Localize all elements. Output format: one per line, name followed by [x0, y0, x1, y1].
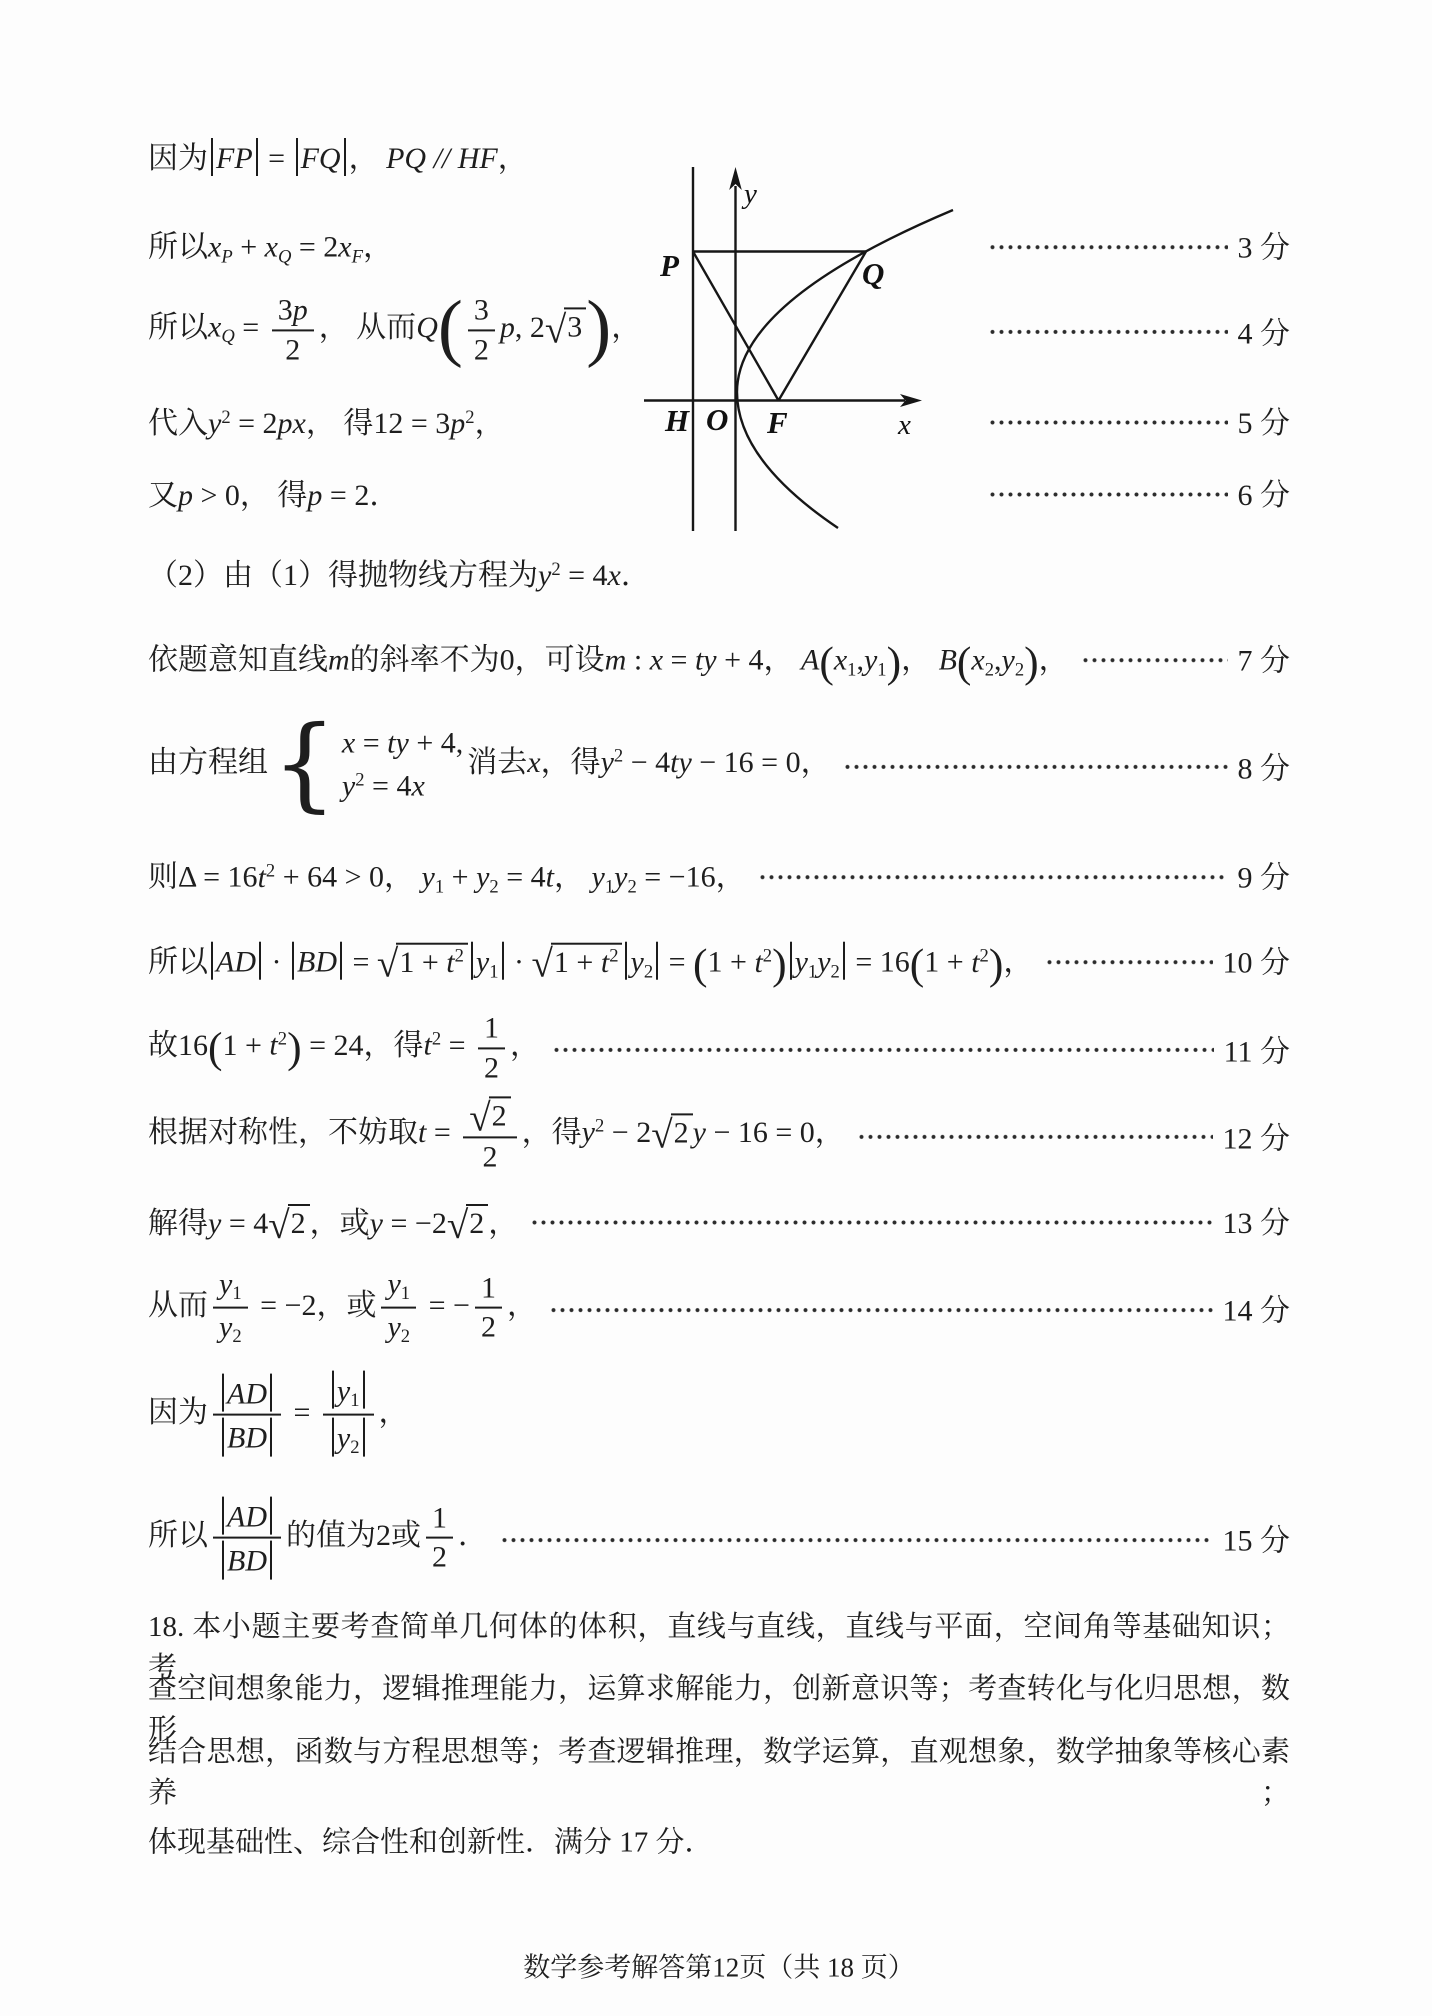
dotted-leader	[843, 764, 1228, 771]
solution-line-16: 所以ADBD的值为2或12．15 分	[148, 1497, 1290, 1580]
math-sub: x2	[971, 644, 994, 682]
math-radical: √2	[469, 1096, 510, 1134]
dotted-leader	[500, 1537, 1213, 1544]
score-label: 12 分	[1223, 1113, 1291, 1157]
math-sub: y1	[591, 861, 614, 899]
dotted-leader	[530, 1219, 1212, 1226]
dotted-leader	[988, 419, 1228, 426]
math-sub: y1	[219, 1268, 242, 1305]
solution-line-11: 故16(1 + t2) = 24，得t2 = 12，11 分	[148, 1011, 1290, 1084]
math-sub: xF	[338, 231, 363, 269]
dotted-leader	[758, 873, 1228, 880]
math-abs: AD	[219, 1497, 275, 1535]
math-sub: xQ	[265, 231, 292, 269]
math-fraction: √22	[463, 1096, 516, 1173]
solution-line-3: 所以xQ = 3p2， 从而Q(32p, 2√3)，4 分	[148, 293, 1290, 366]
solution-line-6: （2）由（1）得抛物线方程为y2 = 4x．	[148, 550, 1290, 594]
score-label: 5 分	[1238, 398, 1291, 442]
dotted-leader	[988, 491, 1228, 498]
solution-line-4: 代入y2 = 2px， 得12 = 3p2，5 分	[148, 398, 1290, 442]
dotted-leader	[549, 1307, 1213, 1314]
math-radical: √2	[651, 1113, 692, 1151]
math-sub: y2	[337, 1422, 360, 1459]
math-sup: t2	[423, 1029, 441, 1063]
y-axis-label: y	[741, 178, 757, 210]
math-abs: FP	[208, 138, 261, 176]
score-label: 10 分	[1223, 938, 1291, 982]
equation-system: {x = ty + 4,y2 = 4x	[272, 726, 463, 803]
score-label: 8 分	[1238, 743, 1291, 787]
solution-line-1: 因为FP = FQ， PQ // HF，	[148, 133, 1290, 177]
solution-line-10: 所以AD · BD = √1 + t2y1 · √1 + t2y2 = (1 +…	[148, 937, 1290, 984]
math-fraction: y1y2	[381, 1268, 416, 1349]
math-sup: t2	[971, 945, 989, 979]
math-fraction: 12	[475, 1271, 502, 1344]
math-sub: y2	[630, 946, 653, 984]
solution-line-7: 依题意知直线m的斜率不为0，可设m : x = ty + 4， A(x1,y1)…	[148, 635, 1290, 682]
math-fraction: 32	[468, 293, 495, 366]
math-sub: y2	[219, 1311, 242, 1348]
math-abs: y1	[329, 1371, 368, 1412]
math-sub: xP	[208, 231, 233, 269]
solution-line-9: 则Δ = 16t2 + 64 > 0， y1 + y2 = 4t， y1y2 =…	[148, 852, 1290, 899]
math-sup: y2	[208, 407, 231, 441]
math-sub: y1	[337, 1375, 360, 1412]
math-fraction: 12	[478, 1011, 505, 1084]
math-fraction: y1y2	[323, 1371, 374, 1460]
math-radical: √2	[268, 1204, 309, 1242]
page-footer: 数学参考解答第12页（共 18 页）	[148, 1946, 1290, 1985]
math-sub: y1	[864, 644, 887, 682]
exam-note-line-4: 体现基础性、综合性和创新性．满分 17 分．	[148, 1820, 1290, 1861]
score-label: 7 分	[1238, 636, 1291, 680]
score-label: 4 分	[1238, 308, 1291, 352]
math-abs: BD	[219, 1541, 275, 1579]
math-sup: t2	[269, 1029, 287, 1063]
dotted-leader	[552, 1047, 1214, 1054]
math-sub: y2	[614, 861, 637, 899]
math-fraction: 3p2	[272, 293, 314, 366]
math-abs: AD	[219, 1374, 275, 1412]
math-sub: y1	[476, 946, 499, 984]
score-label: 11 分	[1224, 1026, 1290, 1070]
math-sub: y2	[1002, 644, 1025, 682]
math-abs: BD	[219, 1418, 275, 1456]
math-radical: √2	[447, 1204, 488, 1242]
math-sup: t2	[446, 945, 464, 979]
score-label: 13 分	[1223, 1198, 1291, 1242]
math-sup: t2	[754, 945, 772, 979]
dotted-leader	[988, 243, 1228, 250]
math-sup: t2	[258, 860, 276, 894]
solution-line-13: 解得y = 4√2，或y = −2√2，13 分	[148, 1198, 1290, 1242]
math-abs: y2	[329, 1418, 368, 1459]
math-abs: AD	[208, 942, 264, 980]
math-sup: y2	[601, 746, 624, 780]
math-abs: BD	[289, 942, 345, 980]
math-radical: √1 + t2	[377, 942, 468, 980]
math-fraction: 12	[426, 1501, 453, 1574]
math-sup: y2	[342, 769, 365, 803]
score-label: 9 分	[1238, 853, 1291, 897]
score-label: 6 分	[1238, 470, 1291, 514]
math-radical: √3	[545, 308, 586, 346]
document-page: y x P Q H O F 因为FP = FQ， PQ // HF，所以xP +…	[0, 0, 1432, 2016]
solution-line-12: 根据对称性，不妨取t = √22，得y2 − 2√2y − 16 = 0，12 …	[148, 1096, 1290, 1173]
math-sub: y1	[387, 1268, 410, 1305]
dotted-leader	[857, 1133, 1213, 1140]
math-sub: y1	[795, 946, 818, 984]
math-radical: √1 + t2	[532, 942, 623, 980]
math-sub: y1	[422, 861, 445, 899]
score-label: 15 分	[1223, 1516, 1291, 1560]
math-abs: FQ	[293, 138, 349, 176]
dotted-leader	[1081, 656, 1228, 663]
math-abs: y1	[468, 942, 507, 984]
score-label: 3 分	[1238, 223, 1291, 267]
math-fraction: y1y2	[213, 1268, 248, 1349]
dotted-leader	[988, 329, 1228, 336]
score-label: 14 分	[1223, 1286, 1291, 1330]
solution-line-14: 从而y1y2 = −2，或y1y2 = −12，14 分	[148, 1268, 1290, 1349]
math-abs: y1y2	[787, 942, 848, 984]
exam-note-line-3: 结合思想，函数与方程思想等；考查逻辑推理，数学运算，直观想象，数学抽象等核心素养…	[148, 1729, 1290, 1811]
math-sup: t2	[601, 945, 619, 979]
math-sub: x1	[834, 644, 857, 682]
math-sub: y2	[476, 861, 499, 899]
solution-line-2: 所以xP + xQ = 2xF，3 分	[148, 222, 1290, 269]
math-sub: y2	[817, 946, 840, 984]
solution-line-15: 因为ADBD = y1y2，	[148, 1371, 1290, 1460]
math-fraction: ADBD	[213, 1497, 281, 1580]
solution-line-5: 又p > 0， 得p = 2．6 分	[148, 470, 1290, 514]
math-sup: y2	[538, 559, 561, 593]
math-sup: p2	[450, 407, 474, 441]
math-sub: xQ	[208, 311, 235, 349]
solution-line-8: 由方程组{x = ty + 4,y2 = 4x消去x，得y2 − 4ty − 1…	[148, 726, 1290, 803]
math-abs: y2	[622, 942, 661, 984]
dotted-leader	[1045, 958, 1212, 965]
math-sup: y2	[582, 1116, 605, 1150]
math-sub: y2	[387, 1311, 410, 1348]
math-fraction: ADBD	[213, 1374, 281, 1457]
